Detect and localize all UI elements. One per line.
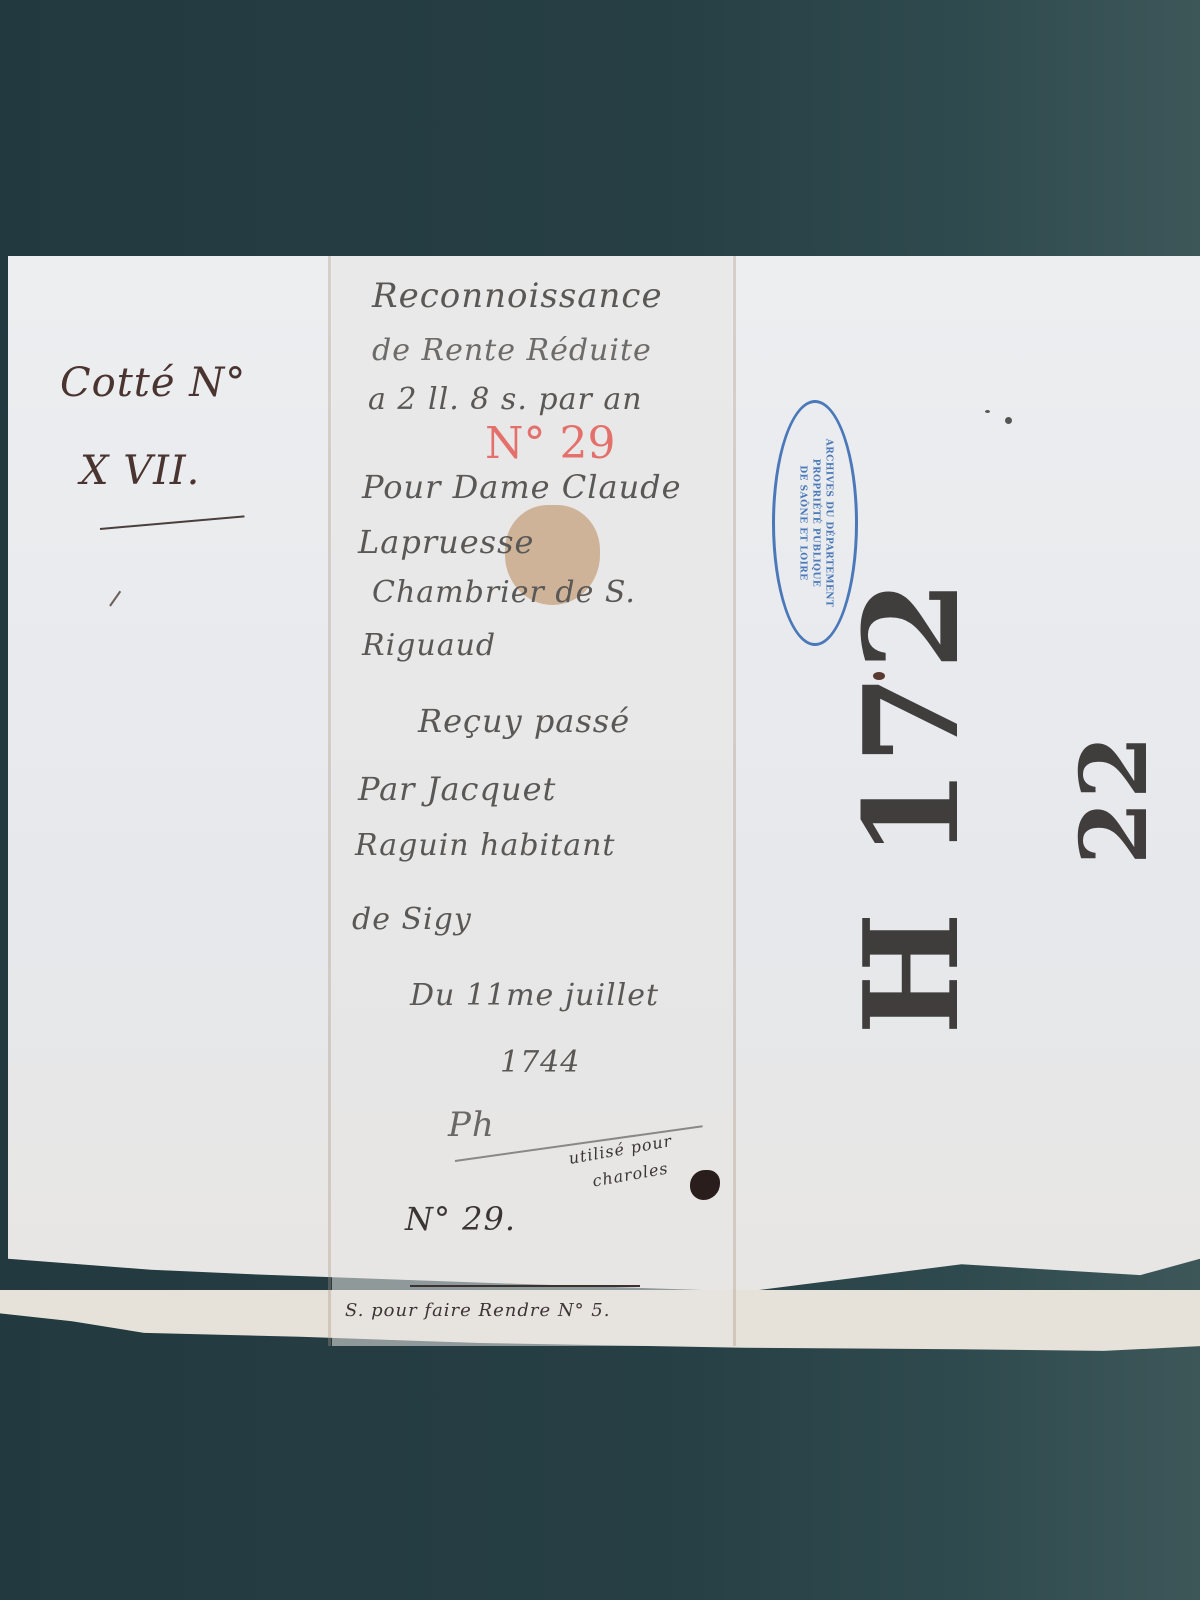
fold-line-left <box>328 256 331 1346</box>
line-sigy: de Sigy <box>352 902 472 937</box>
line-date: Du 11me juillet <box>410 978 659 1013</box>
title-line-3: a 2 ll. 8 s. par an <box>368 382 643 417</box>
title-line-1: Reconnoissance <box>372 276 663 316</box>
fold-line-right <box>733 256 736 1346</box>
line-pour: Pour Dame Claude <box>362 468 682 506</box>
bottom-note: S. pour faire Rendre N° 5. <box>345 1300 610 1321</box>
cote-label: Cotté N° <box>60 360 246 406</box>
signature-initials: Ph <box>448 1105 495 1145</box>
number-underline <box>410 1285 640 1287</box>
line-year: 1744 <box>500 1045 580 1080</box>
cote-number: X VII. <box>80 448 200 494</box>
number-mark: N° 29. <box>405 1200 516 1238</box>
line-raguin: Raguin habitant <box>355 828 615 863</box>
line-chambrier: Chambrier de S. <box>372 575 636 610</box>
ink-dot-small <box>985 410 990 413</box>
title-line-2: de Rente Réduite <box>372 333 652 368</box>
stamp-line-3: DE SAÔNE ET LOIRE <box>796 413 809 633</box>
stamp-text: ARCHIVES DU DÉPARTEMENT PROPRIÉTÉ PUBLIQ… <box>796 413 835 633</box>
line-riguaud: Riguaud <box>362 628 496 663</box>
stamp-line-1: ARCHIVES DU DÉPARTEMENT <box>822 413 835 633</box>
ink-dot <box>1005 417 1012 424</box>
line-recu: Reçuy passé <box>418 702 630 740</box>
line-par: Par Jacquet <box>358 770 556 808</box>
line-name: Lapruesse <box>358 523 534 561</box>
stencil-series-code: H 172 <box>835 576 988 1035</box>
stamp-line-2: PROPRIÉTÉ PUBLIQUE <box>809 413 822 633</box>
red-number-mark: N° 29 <box>485 418 615 469</box>
stencil-item-number: 22 <box>1060 733 1168 865</box>
